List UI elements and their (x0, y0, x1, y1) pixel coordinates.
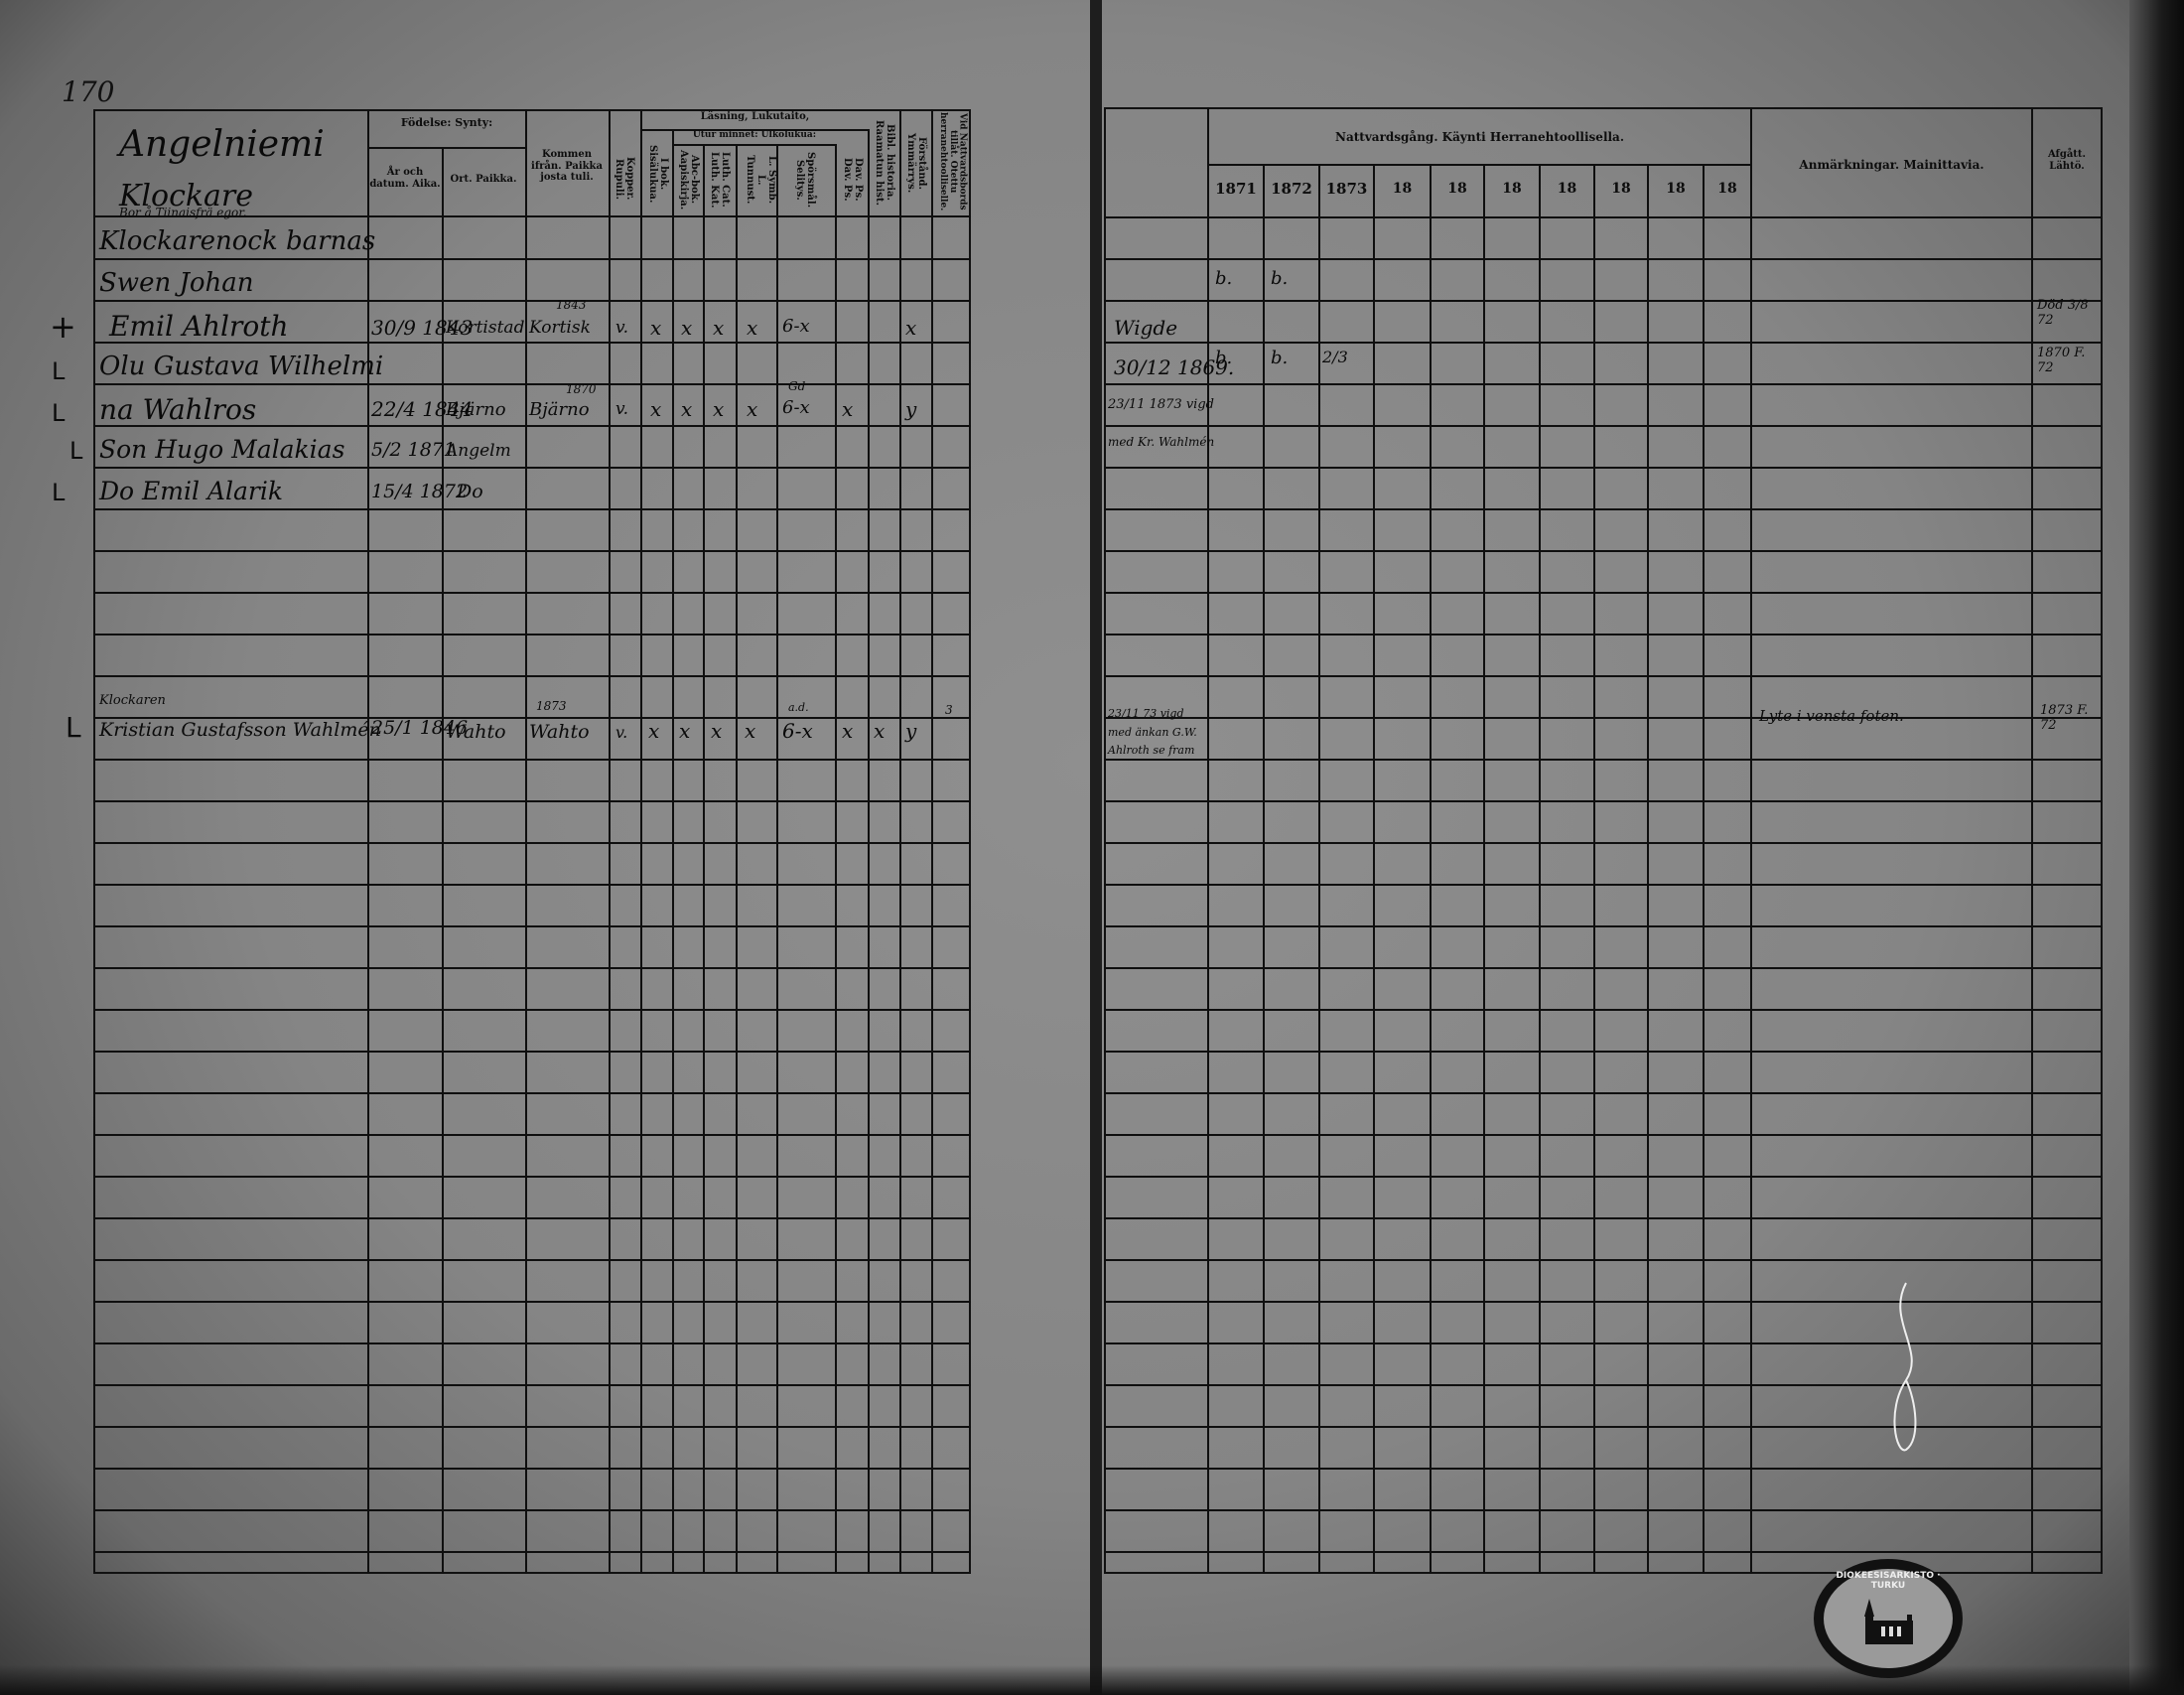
row-rule (1104, 675, 2103, 677)
col-divider (1647, 164, 1649, 1574)
stamp-text: DIOKEESISARKISTO · TURKU (1824, 1571, 1953, 1591)
row-rule (1104, 1384, 2103, 1386)
row-rule (1104, 1342, 2103, 1344)
row-rule (1104, 1176, 2103, 1178)
row-rule (93, 1301, 971, 1303)
count-note: 3 (945, 703, 953, 717)
check-marker: L (66, 711, 81, 744)
header-bottom-rule (1104, 216, 2103, 218)
row-rule (93, 1009, 971, 1011)
row-rule (93, 1426, 971, 1428)
entry-name: Olu Gustava Wilhelmi (99, 352, 383, 381)
departure-note: 1870 F. 72 (2037, 346, 2097, 375)
row-rule (1104, 425, 2103, 427)
row-rule (93, 884, 971, 886)
understanding-header: Förstånd. Ymmärrys. (905, 114, 927, 212)
entry-came-from: Bjärno (529, 399, 590, 420)
reading-mark: v. (615, 318, 628, 338)
sub-header-rule (367, 147, 526, 149)
remarriage-note: 23/11 1873 vigd (1108, 397, 1214, 412)
reading-mark: x (679, 719, 690, 743)
row-rule (1104, 467, 2103, 469)
reading-mark: v. (615, 723, 627, 742)
row-rule (93, 634, 971, 636)
row-rule (93, 1176, 971, 1178)
row-rule (93, 258, 971, 260)
year-header: 1872 (1265, 181, 1318, 198)
communion-mark: 2/3 (1322, 348, 1348, 366)
birth-date-header: År och datum. Aika. (369, 167, 441, 190)
remarks-header: Anmärkningar. Mainittavia. (1752, 159, 2031, 173)
check-marker: L (52, 357, 65, 385)
col-divider (1430, 164, 1432, 1574)
reading-header: Läsning, Lukutaito, (642, 111, 868, 123)
reading-mark: x (747, 316, 757, 340)
communion-mark: b. (1271, 268, 1288, 289)
check-marker: L (69, 437, 82, 465)
row-rule (93, 592, 971, 594)
row-rule (93, 759, 971, 761)
col-divider (672, 129, 674, 1574)
reading-mark: x (874, 719, 885, 743)
widow-marriage-note: 23/11 73 vigd med änkan G.W. Ahlroth se … (1108, 705, 1207, 761)
year-header: 1873 (1320, 181, 1373, 198)
row-rule (93, 1384, 971, 1386)
row-rule (1104, 1009, 2103, 1011)
communion-header: Nattvardsgång. Käynti Herranehtoollisell… (1209, 131, 1750, 145)
entry-name: Son Hugo Malakias (99, 435, 344, 464)
check-marker: L (52, 399, 65, 427)
reading-mark: x (842, 397, 853, 421)
archive-stamp: DIOKEESISARKISTO · TURKU (1814, 1559, 1963, 1678)
row-rule (1104, 1509, 2103, 1511)
row-rule (93, 800, 971, 802)
row-rule (1104, 1259, 2103, 1261)
row-rule (93, 550, 971, 552)
entry-came-from: Wahto (529, 721, 590, 743)
row-rule (93, 300, 971, 302)
year-header: 18 (1541, 181, 1593, 197)
reading-mark: 6-x (782, 719, 813, 743)
entry-came-year: 1870 (566, 382, 597, 396)
year-header: 18 (1375, 181, 1430, 197)
household-subtitle: Bor å Tiinaisfrä egor. (119, 206, 247, 219)
row-rule (1104, 1551, 2103, 1553)
reading-mark: 6-x (782, 316, 810, 337)
year-header: 18 (1485, 181, 1539, 197)
col-divider (776, 144, 778, 1574)
col-divider (1373, 164, 1375, 1574)
row-rule (93, 1342, 971, 1344)
reading-note: Gd (788, 379, 805, 393)
row-rule (1104, 842, 2103, 844)
col-divider (1539, 164, 1541, 1574)
row-rule (93, 1134, 971, 1136)
entry-birth-place: Angelm (446, 441, 511, 461)
birth-header: Födelse: Synty: (369, 117, 524, 130)
entry-came-from: Kortisk (529, 318, 591, 338)
row-rule (1104, 258, 2103, 260)
row-rule (93, 383, 971, 385)
book-gutter (1090, 0, 1102, 1695)
smallpox-header: Kopper. Rupuli. (614, 149, 635, 209)
col-divider (1750, 107, 1752, 1574)
row-rule (1104, 592, 2103, 594)
year-header: 18 (1649, 181, 1703, 197)
sub-header-rule (1207, 164, 1750, 166)
col-divider (2031, 107, 2033, 1574)
row-rule (93, 1092, 971, 1094)
row-rule (1104, 967, 2103, 969)
in-book-header: I bok. Sisälukua. (647, 139, 669, 209)
row-rule (1104, 383, 2103, 385)
row-rule (1104, 550, 2103, 552)
communion-mark: b. (1271, 348, 1288, 368)
marriage-note: Wigde (1114, 316, 1177, 340)
reading-mark: x (905, 316, 916, 340)
reading-mark: x (747, 397, 757, 421)
col-divider (1318, 164, 1320, 1574)
col-divider (835, 144, 837, 1574)
entry-name: Do Emil Alarik (99, 477, 283, 505)
bible-knowledge-header: Bibl. historia. Raamatun hist. (874, 114, 895, 212)
departure-note: Död 3/8 72 (2037, 298, 2097, 328)
col-divider (442, 147, 444, 1574)
row-rule (1104, 1301, 2103, 1303)
col-divider (1593, 164, 1595, 1574)
entry-name: Swen Johan (99, 268, 254, 298)
row-rule (1104, 1092, 2103, 1094)
entry-name: Klockarenock barnas (99, 226, 375, 256)
entry-birth-place: Bjärno (446, 399, 506, 420)
reading-mark: x (681, 397, 692, 421)
entry-birth-date: 15/4 1872 (371, 481, 468, 502)
page-edge (2129, 0, 2184, 1695)
check-marker: L (52, 479, 65, 506)
communion-permission-header: Vid Nattvardsbords tillåt. Otettu herran… (937, 111, 967, 212)
row-rule (93, 1051, 971, 1053)
col-divider (1207, 107, 1209, 1574)
church-icon (1859, 1597, 1921, 1644)
entry-title: Klockaren (99, 693, 166, 708)
row-rule (93, 508, 971, 510)
reading-mark: x (713, 397, 724, 421)
row-rule (93, 1509, 971, 1511)
reading-mark: x (842, 719, 853, 743)
row-rule (93, 842, 971, 844)
deceased-marker: + (50, 308, 76, 346)
row-rule (1104, 300, 2103, 302)
col-divider (1703, 164, 1705, 1574)
reading-mark: y (905, 397, 916, 421)
reading-note: a.d. (788, 701, 809, 714)
entry-birth-place: Wahto (446, 721, 506, 743)
by-heart-header: Utur minnet: Ulkolukua: (674, 130, 835, 140)
right-table-border (1104, 107, 2103, 1574)
reading-mark: x (650, 397, 661, 421)
reading-mark: x (681, 316, 692, 340)
row-rule (1104, 1217, 2103, 1219)
remarriage-note: med Kr. Wahlmén (1108, 435, 1214, 449)
row-rule (1104, 508, 2103, 510)
row-rule (93, 1551, 971, 1553)
came-from-header: Kommen ifrån. Paikka josta tuli. (527, 149, 607, 184)
row-rule (1104, 800, 2103, 802)
communion-mark: b. (1215, 348, 1232, 368)
row-rule (1104, 759, 2103, 761)
reading-mark: x (745, 719, 755, 743)
year-header: 1871 (1209, 181, 1263, 198)
village-name: Angelniemi (119, 124, 325, 165)
sub-header-rule (672, 144, 836, 146)
entry-came-year: 1843 (556, 298, 587, 312)
entry-birth-date: 5/2 1871 (371, 439, 456, 461)
row-rule (93, 1217, 971, 1219)
row-rule (1104, 717, 2103, 719)
departure-note: 1873 F. 72 (2040, 703, 2095, 733)
row-rule (93, 1468, 971, 1470)
year-header: 18 (1595, 181, 1647, 197)
row-rule (1104, 1468, 2103, 1470)
entry-name: na Wahlros (99, 393, 256, 426)
row-rule (1104, 634, 2103, 636)
row-rule (93, 467, 971, 469)
page-number: 170 (62, 75, 114, 108)
col-divider (868, 129, 870, 1574)
birth-place-header: Ort. Paikka. (444, 174, 523, 186)
communion-mark: b. (1215, 268, 1232, 289)
davids-psalms-header: Dav. Ps. Dav. Ps. (842, 149, 864, 211)
luther-catechism-header: Luth. Cat. Luth. Kat. (709, 149, 731, 211)
luther-explanation-header: L. Symb. L. Tunnust. (745, 149, 777, 211)
entry-came-year: 1873 (536, 699, 567, 713)
col-divider (736, 144, 738, 1574)
col-divider (703, 144, 705, 1574)
year-header: 18 (1432, 181, 1483, 197)
entry-birth-place: Do (457, 481, 483, 502)
row-rule (1104, 925, 2103, 927)
reading-mark: v. (615, 399, 628, 419)
reading-mark: 6-x (782, 397, 810, 418)
row-rule (1104, 342, 2103, 344)
row-rule (93, 1259, 971, 1261)
reading-mark: x (713, 316, 724, 340)
reading-mark: x (648, 719, 659, 743)
entry-name: Emil Ahlroth (109, 310, 289, 343)
pen-loop-mark (1876, 1281, 1936, 1460)
question-book-header: Spörsmål. Selitys. (794, 149, 816, 211)
row-rule (1104, 1426, 2103, 1428)
row-rule (93, 967, 971, 969)
reading-mark: x (650, 316, 661, 340)
primer-header: Abc-bok. Aapiskirja. (678, 149, 700, 211)
year-header: 18 (1705, 181, 1750, 197)
row-rule (1104, 1051, 2103, 1053)
col-divider (1263, 164, 1265, 1574)
departure-header: Afgått. Lähtö. (2033, 149, 2101, 172)
reading-mark: y (905, 719, 916, 743)
entry-name: Kristian Gustafsson Wahlmén (99, 719, 381, 741)
col-divider (1483, 164, 1485, 1574)
row-rule (93, 675, 971, 677)
entry-birth-place: Kortistad (446, 318, 524, 338)
row-rule (93, 925, 971, 927)
row-rule (1104, 1134, 2103, 1136)
remark-text: Lyte i vensta foten. (1759, 707, 1904, 725)
reading-mark: x (711, 719, 722, 743)
row-rule (1104, 884, 2103, 886)
